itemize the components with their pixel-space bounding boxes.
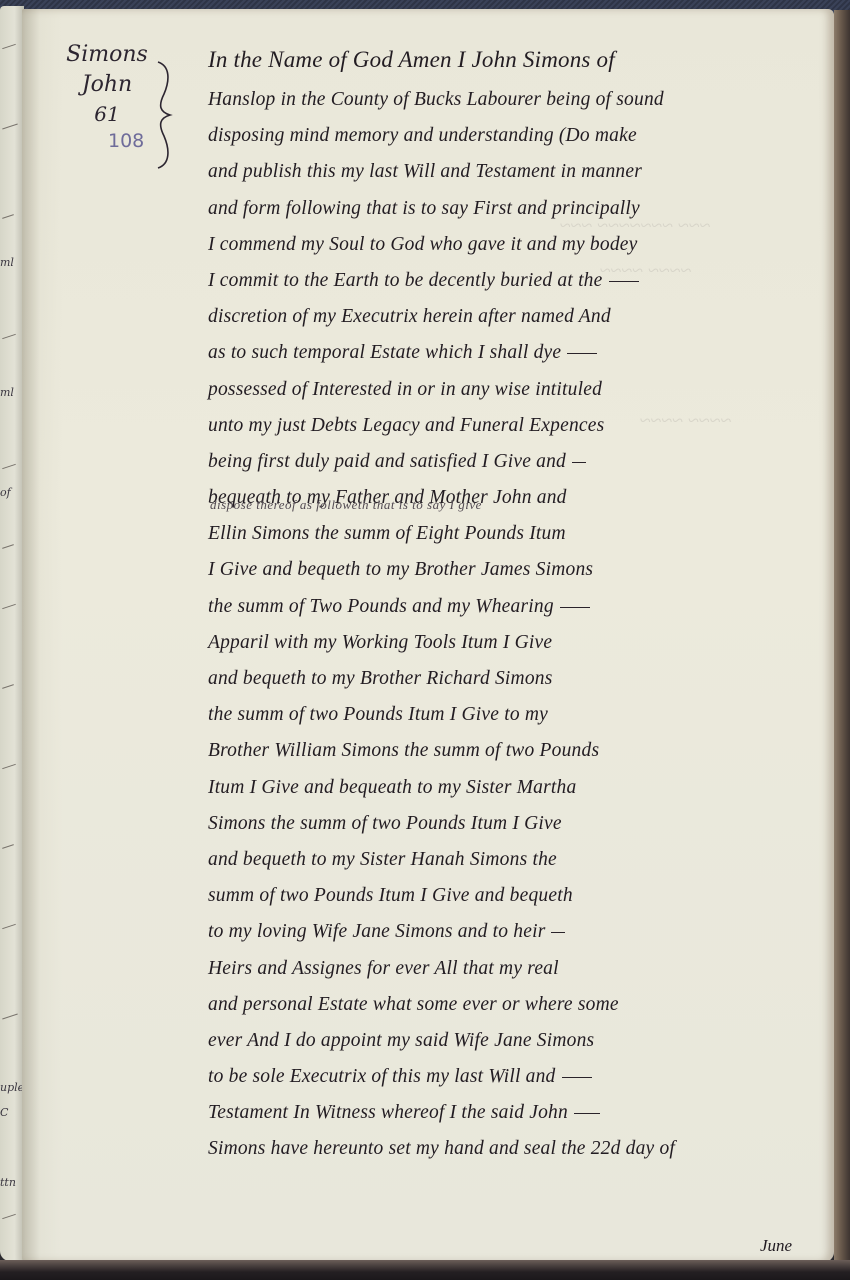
margin-entry-number: 61 bbox=[62, 100, 152, 128]
text-line: In the Name of God Amen I John Simons of bbox=[208, 38, 833, 82]
catchword: June bbox=[760, 1236, 792, 1256]
text-line: Testament In Witness whereof I the said … bbox=[208, 1095, 833, 1131]
previous-page-fragment: of bbox=[0, 486, 11, 499]
will-body-text: In the Name of God Amen I John Simons of… bbox=[208, 38, 833, 1168]
previous-page-edge: ml ml of uple C ttn bbox=[0, 6, 24, 1261]
previous-page-fragment: ml bbox=[0, 256, 14, 269]
text-line: discretion of my Executrix herein after … bbox=[208, 299, 833, 335]
margin-annotation: Simons John 61 108 bbox=[62, 40, 152, 154]
text-line: Apparil with my Working Tools Itum I Giv… bbox=[208, 625, 833, 661]
text-line: Heirs and Assignes for ever All that my … bbox=[208, 951, 833, 987]
previous-page-fragment: C bbox=[0, 1106, 8, 1119]
book-bottom-edge bbox=[0, 1260, 850, 1280]
text-line: to my loving Wife Jane Simons and to hei… bbox=[208, 914, 833, 950]
text-line: I Give and bequeth to my Brother James S… bbox=[208, 552, 833, 588]
margin-surname: Simons bbox=[62, 40, 152, 70]
text-line: Simons have hereunto set my hand and sea… bbox=[208, 1131, 833, 1167]
text-line: disposing mind memory and understanding … bbox=[208, 118, 833, 154]
previous-page-fragment: ttn bbox=[0, 1176, 16, 1189]
text-line: unto my just Debts Legacy and Funeral Ex… bbox=[208, 408, 833, 444]
margin-forename: John bbox=[62, 70, 152, 100]
text-line: I commit to the Earth to be decently bur… bbox=[208, 263, 833, 299]
page-fore-edge bbox=[834, 10, 850, 1272]
text-line: Ellin Simons the summ of Eight Pounds It… bbox=[208, 516, 833, 552]
text-line: and form following that is to say First … bbox=[208, 191, 833, 227]
line-filler-dash bbox=[567, 353, 597, 354]
text-line: possessed of Interested in or in any wis… bbox=[208, 372, 833, 408]
previous-page-fragment: ml bbox=[0, 386, 14, 399]
line-filler-dash bbox=[551, 932, 565, 933]
text-line: being first duly paid and satisfied I Gi… bbox=[208, 444, 833, 480]
text-line: Simons the summ of two Pounds Itum I Giv… bbox=[208, 806, 833, 842]
text-line: and publish this my last Will and Testam… bbox=[208, 154, 833, 190]
text-line: ever And I do appoint my said Wife Jane … bbox=[208, 1023, 833, 1059]
text-line: the summ of Two Pounds and my Whearing bbox=[208, 589, 833, 625]
text-line: and personal Estate what some ever or wh… bbox=[208, 987, 833, 1023]
line-filler-dash bbox=[609, 281, 639, 282]
line-filler-dash bbox=[560, 607, 590, 608]
text-line: to be sole Executrix of this my last Wil… bbox=[208, 1059, 833, 1095]
text-line: Brother William Simons the summ of two P… bbox=[208, 733, 833, 769]
text-line: Itum I Give and bequeath to my Sister Ma… bbox=[208, 770, 833, 806]
text-line: and bequeth to my Sister Hanah Simons th… bbox=[208, 842, 833, 878]
text-line: I commend my Soul to God who gave it and… bbox=[208, 227, 833, 263]
text-line: the summ of two Pounds Itum I Give to my bbox=[208, 697, 833, 733]
text-line: and bequeth to my Brother Richard Simons bbox=[208, 661, 833, 697]
text-line: summ of two Pounds Itum I Give and beque… bbox=[208, 878, 833, 914]
line-filler-dash bbox=[572, 462, 586, 463]
line-filler-dash bbox=[562, 1077, 592, 1078]
previous-page-fragment: uple bbox=[0, 1081, 24, 1094]
text-line: as to such temporal Estate which I shall… bbox=[208, 335, 833, 371]
text-line: Hanslop in the County of Bucks Labourer … bbox=[208, 82, 833, 118]
line-filler-dash bbox=[574, 1113, 600, 1114]
curly-brace-icon bbox=[152, 60, 182, 170]
margin-folio-number: 108 bbox=[108, 128, 152, 154]
interlinear-insertion: dispose thereof as followeth that is to … bbox=[210, 497, 482, 513]
